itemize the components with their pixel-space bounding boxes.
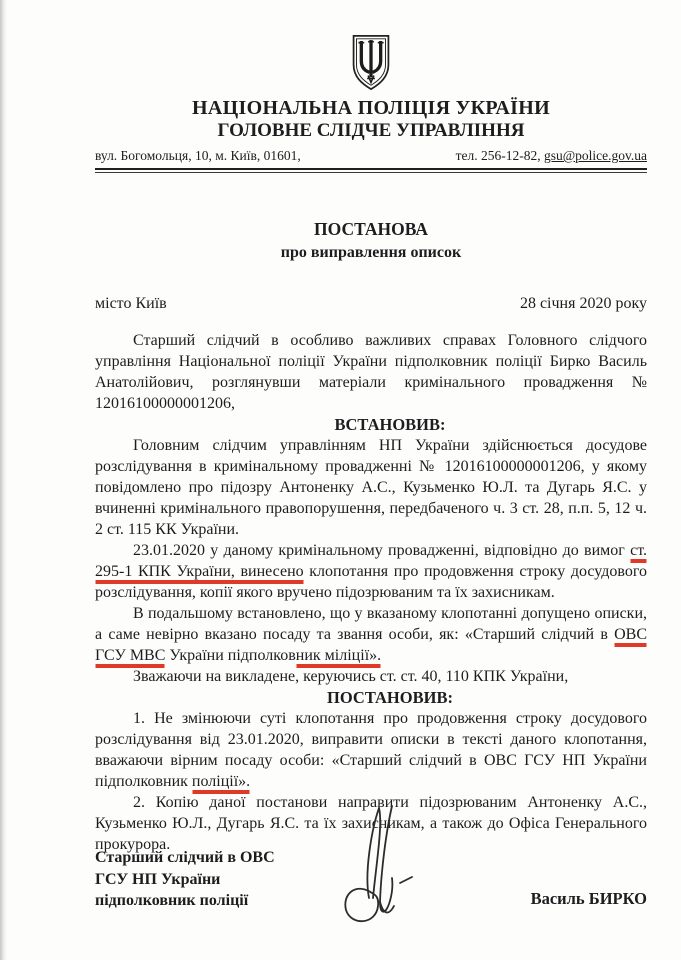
text-run: 23.01.2020 у даному кримінальному провад… <box>133 542 630 559</box>
org-name: НАЦІОНАЛЬНА ПОЛІЦІЯ УКРАЇНИ <box>95 97 647 120</box>
document-subtitle: про виправлення описок <box>95 242 647 263</box>
document-title: ПОСТАНОВА <box>95 219 647 240</box>
signer-position-line: Старший слідчий в ОВС <box>95 847 275 869</box>
resolved-heading: ПОСТАНОВИВ: <box>95 687 647 708</box>
handwritten-signature-icon <box>336 800 436 935</box>
signer-position: Старший слідчий в ОВС ГСУ НП України під… <box>95 847 275 912</box>
document-body: Старший слідчий в особливо важливих спра… <box>95 330 647 855</box>
document-content: НАЦІОНАЛЬНА ПОЛІЦІЯ УКРАЇНИ ГОЛОВНЕ СЛІД… <box>95 0 647 855</box>
signer-position-line: підполковник поліції <box>95 890 275 912</box>
document-date: 28 січня 2020 року <box>520 295 647 313</box>
paragraph-legal-basis: Зважаючи на викладене, керуючись ст. ст.… <box>95 666 647 687</box>
established-heading: ВСТАНОВИВ: <box>95 414 647 435</box>
text-run: В подальшому встановлено, що у вказаному… <box>95 605 647 643</box>
scanned-document-page: НАЦІОНАЛЬНА ПОЛІЦІЯ УКРАЇНИ ГОЛОВНЕ СЛІД… <box>0 0 681 960</box>
paragraph-errors: В подальшому встановлено, що у вказаному… <box>95 603 647 666</box>
text-run: Старший слідчий в особливо важливих спра… <box>95 332 647 412</box>
org-phone: тел. 256-12-82, <box>456 148 544 163</box>
intro-paragraph: Старший слідчий в особливо важливих спра… <box>95 330 647 414</box>
paragraph-investigation: Головним слідчим управлінням НП України … <box>95 435 647 540</box>
org-department: ГОЛОВНЕ СЛІДЧЕ УПРАВЛІННЯ <box>95 120 647 142</box>
document-city: місто Київ <box>95 295 167 313</box>
scan-edge-artifact <box>0 0 7 960</box>
org-email: gsu@police.gov.ua <box>544 148 647 163</box>
red-underlined-text: поліції». <box>192 773 250 790</box>
red-underlined-text: ник міліції». <box>296 647 381 664</box>
signer-name: Василь БИРКО <box>531 889 647 909</box>
paragraph-motion: 23.01.2020 у даному кримінальному провад… <box>95 540 647 603</box>
place-date-row: місто Київ 28 січня 2020 року <box>95 295 647 313</box>
text-run: Головним слідчим управлінням НП України … <box>95 437 647 538</box>
org-address: вул. Богомольця, 10, м. Київ, 01601, <box>95 148 301 164</box>
ukraine-coat-of-arms-icon <box>346 33 396 93</box>
resolution-item-1: 1. Не змінюючи суті клопотання про продо… <box>95 708 647 792</box>
text-run: 1. Не змінюючи суті клопотання про продо… <box>95 710 647 790</box>
text-run: Зважаючи на викладене, керуючись ст. ст.… <box>133 668 568 685</box>
header-divider <box>95 168 647 173</box>
org-contacts: тел. 256-12-82, gsu@police.gov.ua <box>456 148 647 164</box>
signer-position-line: ГСУ НП України <box>95 869 275 891</box>
text-run: України підполков <box>165 647 295 664</box>
header-contact-row: вул. Богомольця, 10, м. Київ, 01601, тел… <box>95 148 647 168</box>
